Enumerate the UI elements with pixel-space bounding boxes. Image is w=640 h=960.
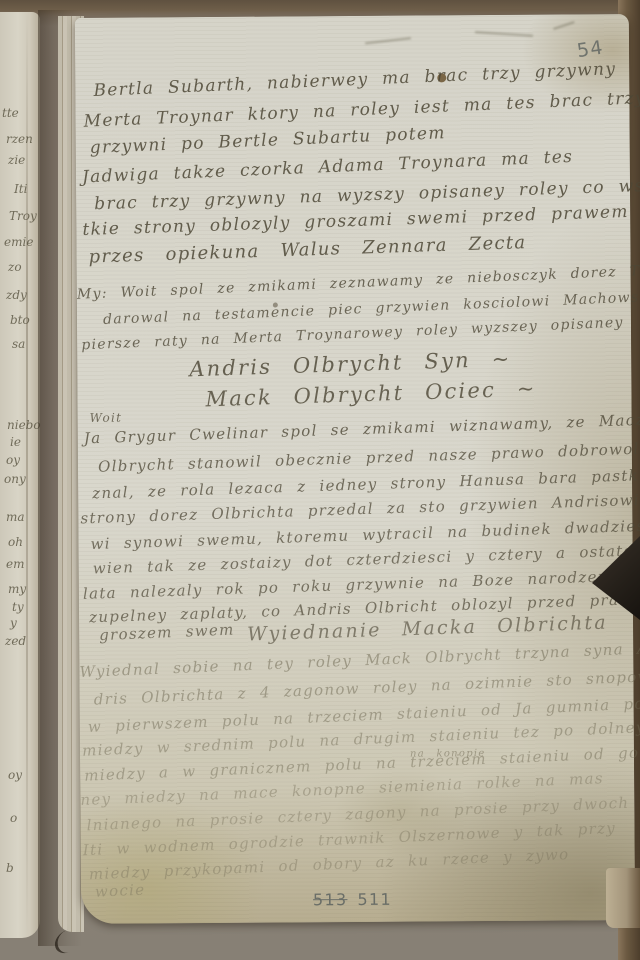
manuscript-line: grzywni po Bertle Subartu potem [90, 125, 447, 157]
manuscript-line: Ja Grygur Cwelinar spol se zmikami wizna… [84, 412, 640, 446]
facing-text-fragment: ie [10, 435, 21, 449]
facing-text-fragment: oy [8, 768, 22, 782]
facing-text-fragment: ony [4, 472, 26, 486]
page-number-struck: 513 [313, 890, 348, 909]
heading-mack-olbrycht: Mack Olbrycht Ociec ~ [205, 378, 537, 410]
page-number-current: 511 [357, 890, 392, 909]
page-number-group: 513511 [313, 892, 392, 909]
facing-text-fragment: zo [8, 260, 22, 274]
facing-text-fragment: ma [6, 510, 25, 524]
facing-text-fragment: tte [2, 106, 19, 120]
facing-text-fragment: zed [5, 634, 26, 648]
facing-text-fragment: sa [12, 337, 25, 351]
facing-page-edge: tte rzen zie Iti Troy emie zo zdy bto sa… [0, 12, 40, 938]
facing-text-fragment: niebo [7, 418, 41, 432]
manuscript-photo: tte rzen zie Iti Troy emie zo zdy bto sa… [0, 0, 640, 960]
manuscript-line: przes opiekuna Walus Zennara Zecta [88, 234, 526, 267]
marginal-note-woit: Woit [90, 412, 123, 424]
facing-text-fragment: rzen [6, 132, 33, 146]
manuscript-page: 54 Bertla Subarth, nabierwey ma brac trz… [75, 14, 635, 924]
facing-text-fragment: oy [6, 453, 20, 467]
cover-edge-bottom [606, 868, 640, 928]
facing-text-fragment: em [6, 557, 24, 571]
facing-text-fragment: zie [8, 153, 25, 167]
ink-offset-ghost-mark [553, 21, 575, 30]
facing-text-fragment: ty [12, 600, 24, 614]
facing-text-fragment: o [10, 811, 17, 825]
folio-number: 54 [576, 38, 605, 61]
facing-text-fragment: Iti [14, 182, 27, 196]
facing-text-fragment: Troy [9, 209, 37, 223]
facing-page-crease [26, 12, 28, 938]
facing-text-fragment: oh [8, 535, 23, 549]
ink-offset-ghost-mark [365, 37, 411, 44]
facing-text-fragment: zdy [6, 288, 27, 302]
facing-text-fragment: b [6, 861, 14, 875]
heading-andris-olbrycht: Andris Olbrycht Syn ~ [189, 349, 512, 381]
facing-text-fragment: bto [10, 313, 30, 327]
facing-text-fragment: my [8, 582, 26, 596]
facing-text-fragment: y [10, 616, 17, 630]
manuscript-line: groszem swem [99, 622, 235, 643]
manuscript-line: wocie [95, 883, 146, 900]
facing-text-fragment: emie [4, 235, 33, 249]
ink-offset-ghost-mark [475, 31, 533, 37]
